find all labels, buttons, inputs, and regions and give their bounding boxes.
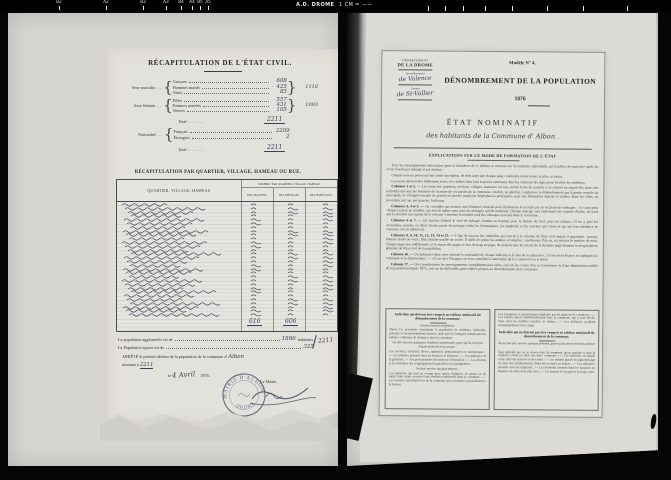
row-label: Veufs — [173, 90, 183, 95]
handwritten-arrondissement: de Valence — [387, 74, 443, 83]
paragraph-text: Chaque nom ne portera qu'une seule inscr… — [391, 173, 563, 178]
line-suffix: habitants. — [298, 337, 314, 342]
handwritten-commune: Albon — [228, 354, 244, 360]
open-brace: { — [164, 127, 174, 141]
etat-civil-recap: Sexe masculin . . . { Garçons608 Hommes … — [118, 79, 318, 155]
handwritten-total: 2211 — [140, 362, 154, 369]
total-label: Total . . . . . . . . — [178, 119, 264, 124]
left-page-scan: RÉCAPITULATION DE L'ÉTAT CIVIL. Sexe mas… — [8, 13, 338, 466]
ruler-tick-label: B4 — [178, 0, 184, 5]
line-label: La population agglomérée est de — [118, 337, 173, 342]
printed-text: montant à — [122, 362, 139, 367]
ruler-tick — [463, 6, 464, 11]
row-label: Français — [174, 129, 188, 134]
ruler-tick — [143, 6, 144, 10]
ruler-tick — [428, 6, 429, 11]
section-text: Toutes les personnes constituant la popu… — [389, 328, 486, 340]
row-label: Filles — [173, 98, 182, 103]
open-brace: { — [163, 98, 173, 112]
etat-nominatif-title: ÉTAT NOMINATIF — [382, 117, 604, 128]
handwritten-hamlet-row — [117, 312, 337, 316]
section-text: Les ouvriers, étudiants, élèves, apprent… — [389, 350, 486, 366]
ruler-tick — [445, 6, 446, 11]
box-title: Individus qui doivent être compris au ta… — [389, 312, 486, 321]
printed-year: 1876. — [200, 373, 209, 378]
recap-group-nationalite: Nationalité . . . { Français2209 Étrange… — [118, 127, 318, 141]
column-header: DES HABITANTS — [305, 188, 337, 202]
row-label: Femmes mariées — [173, 103, 201, 108]
handwritten-value: 85 — [271, 90, 287, 95]
department-block: DÉPARTEMENT DE LA DROME Arrondissement d… — [387, 58, 443, 101]
svg-text:MAIRIE D'ALBON: MAIRIE D'ALBON — [219, 371, 266, 400]
right-page-scan: DÉPARTEMENT DE LA DROME Arrondissement d… — [347, 13, 658, 466]
open-brace: { — [163, 80, 173, 94]
paragraph-text: On indiquera dans cette colonne la natio… — [386, 252, 598, 262]
table-header: QUARTIER, VILLAGE, HAMEAU NOMBRE, PAR QU… — [117, 180, 337, 202]
total-row: Total . . . . . . . . 2211 — [178, 144, 318, 152]
archive-label: A.D. DROME — [296, 2, 334, 8]
ruler-tick — [59, 6, 60, 10]
ruler-tick — [166, 6, 167, 10]
handwritten-subtotal: 1118 — [296, 84, 318, 90]
row-label: Garçons — [173, 79, 187, 84]
handwritten-value: 2 — [274, 135, 290, 140]
exclude-individuals-box: Les voyageurs et représentants employés … — [494, 309, 600, 411]
handwritten-commune-line: des habitants de la Commune d' Albon . — [382, 131, 604, 141]
handwritten-total: 2211 — [264, 116, 285, 124]
explications-title: EXPLICATIONS SUR LE MODE DE FORMATION DE… — [382, 152, 604, 159]
group-label: Sexe féminin . . . — [118, 103, 163, 108]
group-header: NOMBRE, PAR QUARTIER, VILLAGE, HAMEAU — [241, 180, 337, 188]
ruler-tick — [192, 6, 193, 10]
ruler-tick — [485, 6, 486, 11]
ruler-tick-label: B3 — [140, 0, 146, 5]
ruler-tick — [547, 6, 548, 11]
film-ruler: A.D. DROME 1 CM = —— B2A2B3A3B4A4B5A5 — [0, 0, 671, 12]
line-label: La Population éparse est de — [118, 345, 164, 350]
row-label: Hommes mariés — [173, 85, 200, 90]
arrete-amount-line: montant à 2211 — [122, 362, 322, 368]
recap-etat-civil-title: RÉCAPITULATION DE L'ÉTAT CIVIL. — [108, 59, 332, 67]
ruler-tick — [200, 6, 201, 10]
ruler-tick — [512, 6, 513, 11]
ruler-tick-label: A4 — [189, 0, 195, 5]
section-text: Tout individu qui ne se trouve dans la c… — [498, 351, 595, 375]
handwritten-column-total: 606 — [283, 318, 298, 326]
title-rule — [204, 71, 242, 72]
left-page-paper: RÉCAPITULATION DE L'ÉTAT CIVIL. Sexe mas… — [108, 49, 338, 423]
row-label: Veuves — [173, 108, 185, 113]
ruler-tick — [208, 6, 209, 10]
handwritten-column-total: 616 — [247, 318, 262, 326]
rule — [468, 160, 520, 161]
arrete-line: ARRÊTÉ le présent tableau de la populati… — [122, 354, 322, 360]
population-agglomeree-line: La population agglomérée est de 1886 hab… — [118, 337, 314, 342]
quartier-table: QUARTIER, VILLAGE, HAMEAU NOMBRE, PAR QU… — [116, 179, 338, 332]
ruler-tick-label: A5 — [205, 0, 211, 5]
section-text: Les individus qui sont en voyage pour ra… — [389, 372, 486, 388]
population-eparse-line: La Population éparse est de 325 — [118, 345, 314, 350]
row-label: Étrangers — [174, 135, 190, 140]
group-label: Sexe masculin . . . — [118, 85, 163, 90]
section-text: Les voyageurs et représentants employés … — [498, 313, 595, 329]
handwritten-sum: 2211 — [318, 336, 334, 345]
paragraph-text: Tous les renseignements nécessaires pour… — [386, 163, 598, 172]
box-title: Individus qui ne doivent pas être compri… — [498, 330, 595, 339]
scale-label: 1 CM = —— — [339, 2, 373, 8]
include-individuals-box: Individus qui doivent être compris au ta… — [385, 308, 491, 410]
column-header: DES MAISONS — [241, 188, 273, 202]
handwritten-date: 4 Avril — [172, 370, 196, 380]
ruler-tick-label: B2 — [56, 0, 62, 5]
recap-group-masculin: Sexe masculin . . . { Garçons608 Hommes … — [118, 79, 318, 95]
paragraph-text: Les noms devront être fidèlement écrits,… — [391, 179, 585, 185]
handwritten-subtotal: 1093 — [296, 102, 318, 108]
handwritten-total: 2211 — [264, 144, 285, 152]
ruler-tick — [106, 6, 107, 10]
departement-name: DE LA DROME — [387, 62, 443, 67]
rule — [398, 69, 432, 70]
flourish-rule — [528, 105, 550, 106]
paragraph-text: On y mentionnera les renseignements comp… — [386, 262, 598, 271]
close-brace: } — [287, 80, 297, 94]
microfilm-scan-viewport: A.D. DROME 1 CM = —— B2A2B3A3B4A4B5A5 RÉ… — [0, 0, 671, 480]
printed-text: ARRÊTÉ le présent tableau de la populati… — [122, 354, 227, 359]
recap-quartier-title: RÉCAPITULATION PAR QUARTIER, VILLAGE, HA… — [108, 170, 328, 175]
total-row: Total . . . . . . . . 2211 — [178, 116, 318, 124]
handwritten-value: 105 — [271, 108, 287, 113]
census-form-page: DÉPARTEMENT DE LA DROME Arrondissement d… — [379, 50, 606, 418]
table-body-handwritten — [117, 202, 337, 331]
census-year: 1876 — [438, 96, 602, 103]
right-page-paper: DÉPARTEMENT DE LA DROME Arrondissement d… — [360, 13, 656, 462]
census-title: DÉNOMBREMENT DE LA POPULATION — [438, 76, 602, 86]
mairie-stamp: MAIRIE D'ALBON DRÔME — [216, 367, 272, 423]
column-header: QUARTIER, VILLAGE, HAMEAU — [117, 180, 241, 202]
recap-group-feminin: Sexe féminin . . . { Filles557 Femmes ma… — [118, 97, 318, 113]
group-label: Nationalité . . . — [118, 132, 164, 137]
ruler-tick-label: B5 — [197, 0, 203, 5]
handwritten-canton: de St-Vallier — [387, 89, 443, 98]
rule — [430, 322, 446, 323]
column-header: DES MÉNAGES — [273, 188, 305, 202]
rule — [398, 84, 432, 85]
ruler-tick — [627, 6, 628, 11]
printed-text: le — [168, 373, 171, 378]
rule — [398, 99, 432, 100]
explications-text: Tous les renseignements nécessaires pour… — [385, 163, 598, 307]
ruler-tick — [181, 6, 182, 10]
rule — [394, 147, 592, 150]
ruler-tick-label: A3 — [163, 0, 169, 5]
close-brace: } — [287, 98, 297, 112]
form-model-label: Modèle N° 4. — [444, 61, 600, 67]
total-label: Total . . . . . . . . — [178, 147, 264, 152]
ruler-tick — [583, 6, 584, 11]
handwritten-value: 1886 — [282, 337, 296, 342]
ruler-tick-label: A2 — [103, 0, 109, 5]
